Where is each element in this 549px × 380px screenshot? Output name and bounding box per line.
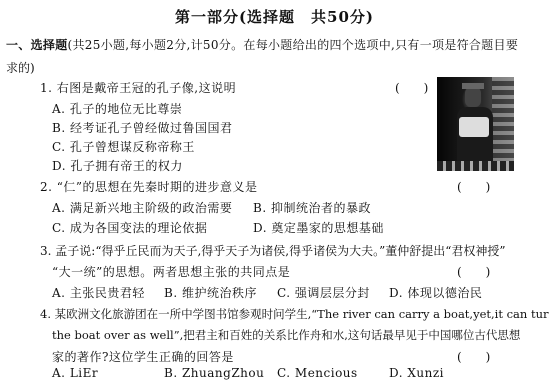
section-instructions-cont: 求的): [6, 59, 35, 76]
question-stem: 1. 右图是戴帝王冠的孔子像,这说明: [40, 79, 236, 96]
question-stem-cont: “大一统”的思想。两者思想主张的共同点是: [52, 263, 290, 280]
option-a[interactable]: A. 主张民贵君轻: [52, 284, 145, 301]
option-c[interactable]: C. 强调层层分封: [277, 284, 370, 301]
question-stem: 2. “仁”的思想在先秦时期的进步意义是: [40, 178, 258, 195]
question-text: 右图是戴帝王冠的孔子像,这说明: [57, 81, 236, 95]
answer-bracket[interactable]: ( ): [395, 79, 428, 96]
question-number: 4.: [40, 307, 51, 321]
option-d[interactable]: D. 孔子拥有帝王的权力: [52, 157, 183, 174]
option-d[interactable]: D. 体现以德治民: [389, 284, 482, 301]
section-instructions: (共25小题,每小题2分,计50分。在每小题给出的四个选项中,只有一项是符合题目…: [68, 38, 519, 52]
question-number: 3.: [40, 244, 51, 258]
option-b[interactable]: B. 抑制统治者的暴政: [253, 199, 371, 216]
question-stem-cont: the boat over as well”,把君主和百姓的关系比作舟和水,这句…: [52, 327, 520, 343]
option-b[interactable]: B. 经考证孔子曾经做过鲁国国君: [52, 119, 232, 136]
question-number: 2.: [40, 180, 52, 194]
question-stem-cont2: 家的著作?这位学生正确的回答是: [52, 348, 234, 365]
question-text: “仁”的思想在先秦时期的进步意义是: [57, 180, 258, 194]
question-stem: 4. 某欧洲文化旅游团在一所中学图书馆参观时问学生,“The river can…: [40, 306, 549, 322]
option-a[interactable]: A. 孔子的地位无比尊崇: [52, 100, 182, 117]
option-c[interactable]: C. 成为各国变法的理论依据: [52, 219, 207, 236]
page-title: 第一部分(选择题 共50分): [0, 6, 549, 27]
section-label: 一、选择题: [6, 38, 68, 52]
answer-bracket[interactable]: ( ): [457, 263, 490, 280]
question-text: 孟子说:“得乎丘民而为天子,得乎天子为诸侯,得乎诸侯为大夫。”董仲舒提出“君权神…: [55, 244, 505, 258]
option-c[interactable]: C. 孔子曾想谋反称帝称王: [52, 138, 195, 155]
question-text: 某欧洲文化旅游团在一所中学图书馆参观时问学生,“The river can ca…: [55, 307, 549, 321]
option-b[interactable]: B. ZhuangZhou: [164, 366, 264, 380]
option-b[interactable]: B. 维护统治秩序: [164, 284, 257, 301]
option-a[interactable]: A. 满足新兴地主阶级的政治需要: [52, 199, 232, 216]
answer-bracket[interactable]: ( ): [457, 178, 490, 195]
question-number: 1.: [40, 81, 52, 95]
answer-bracket[interactable]: ( ): [457, 348, 490, 365]
section-heading: 一、选择题(共25小题,每小题2分,计50分。在每小题给出的四个选项中,只有一项…: [6, 36, 518, 53]
option-d[interactable]: D. Xunzi: [389, 366, 444, 380]
confucius-portrait-image: [437, 77, 514, 171]
option-a[interactable]: A. LiEr: [52, 366, 98, 380]
question-stem: 3. 孟子说:“得乎丘民而为天子,得乎天子为诸侯,得乎诸侯为大夫。”董仲舒提出“…: [40, 242, 506, 259]
option-d[interactable]: D. 奠定墨家的思想基础: [253, 219, 384, 236]
option-c[interactable]: C. Mencious: [277, 366, 358, 380]
